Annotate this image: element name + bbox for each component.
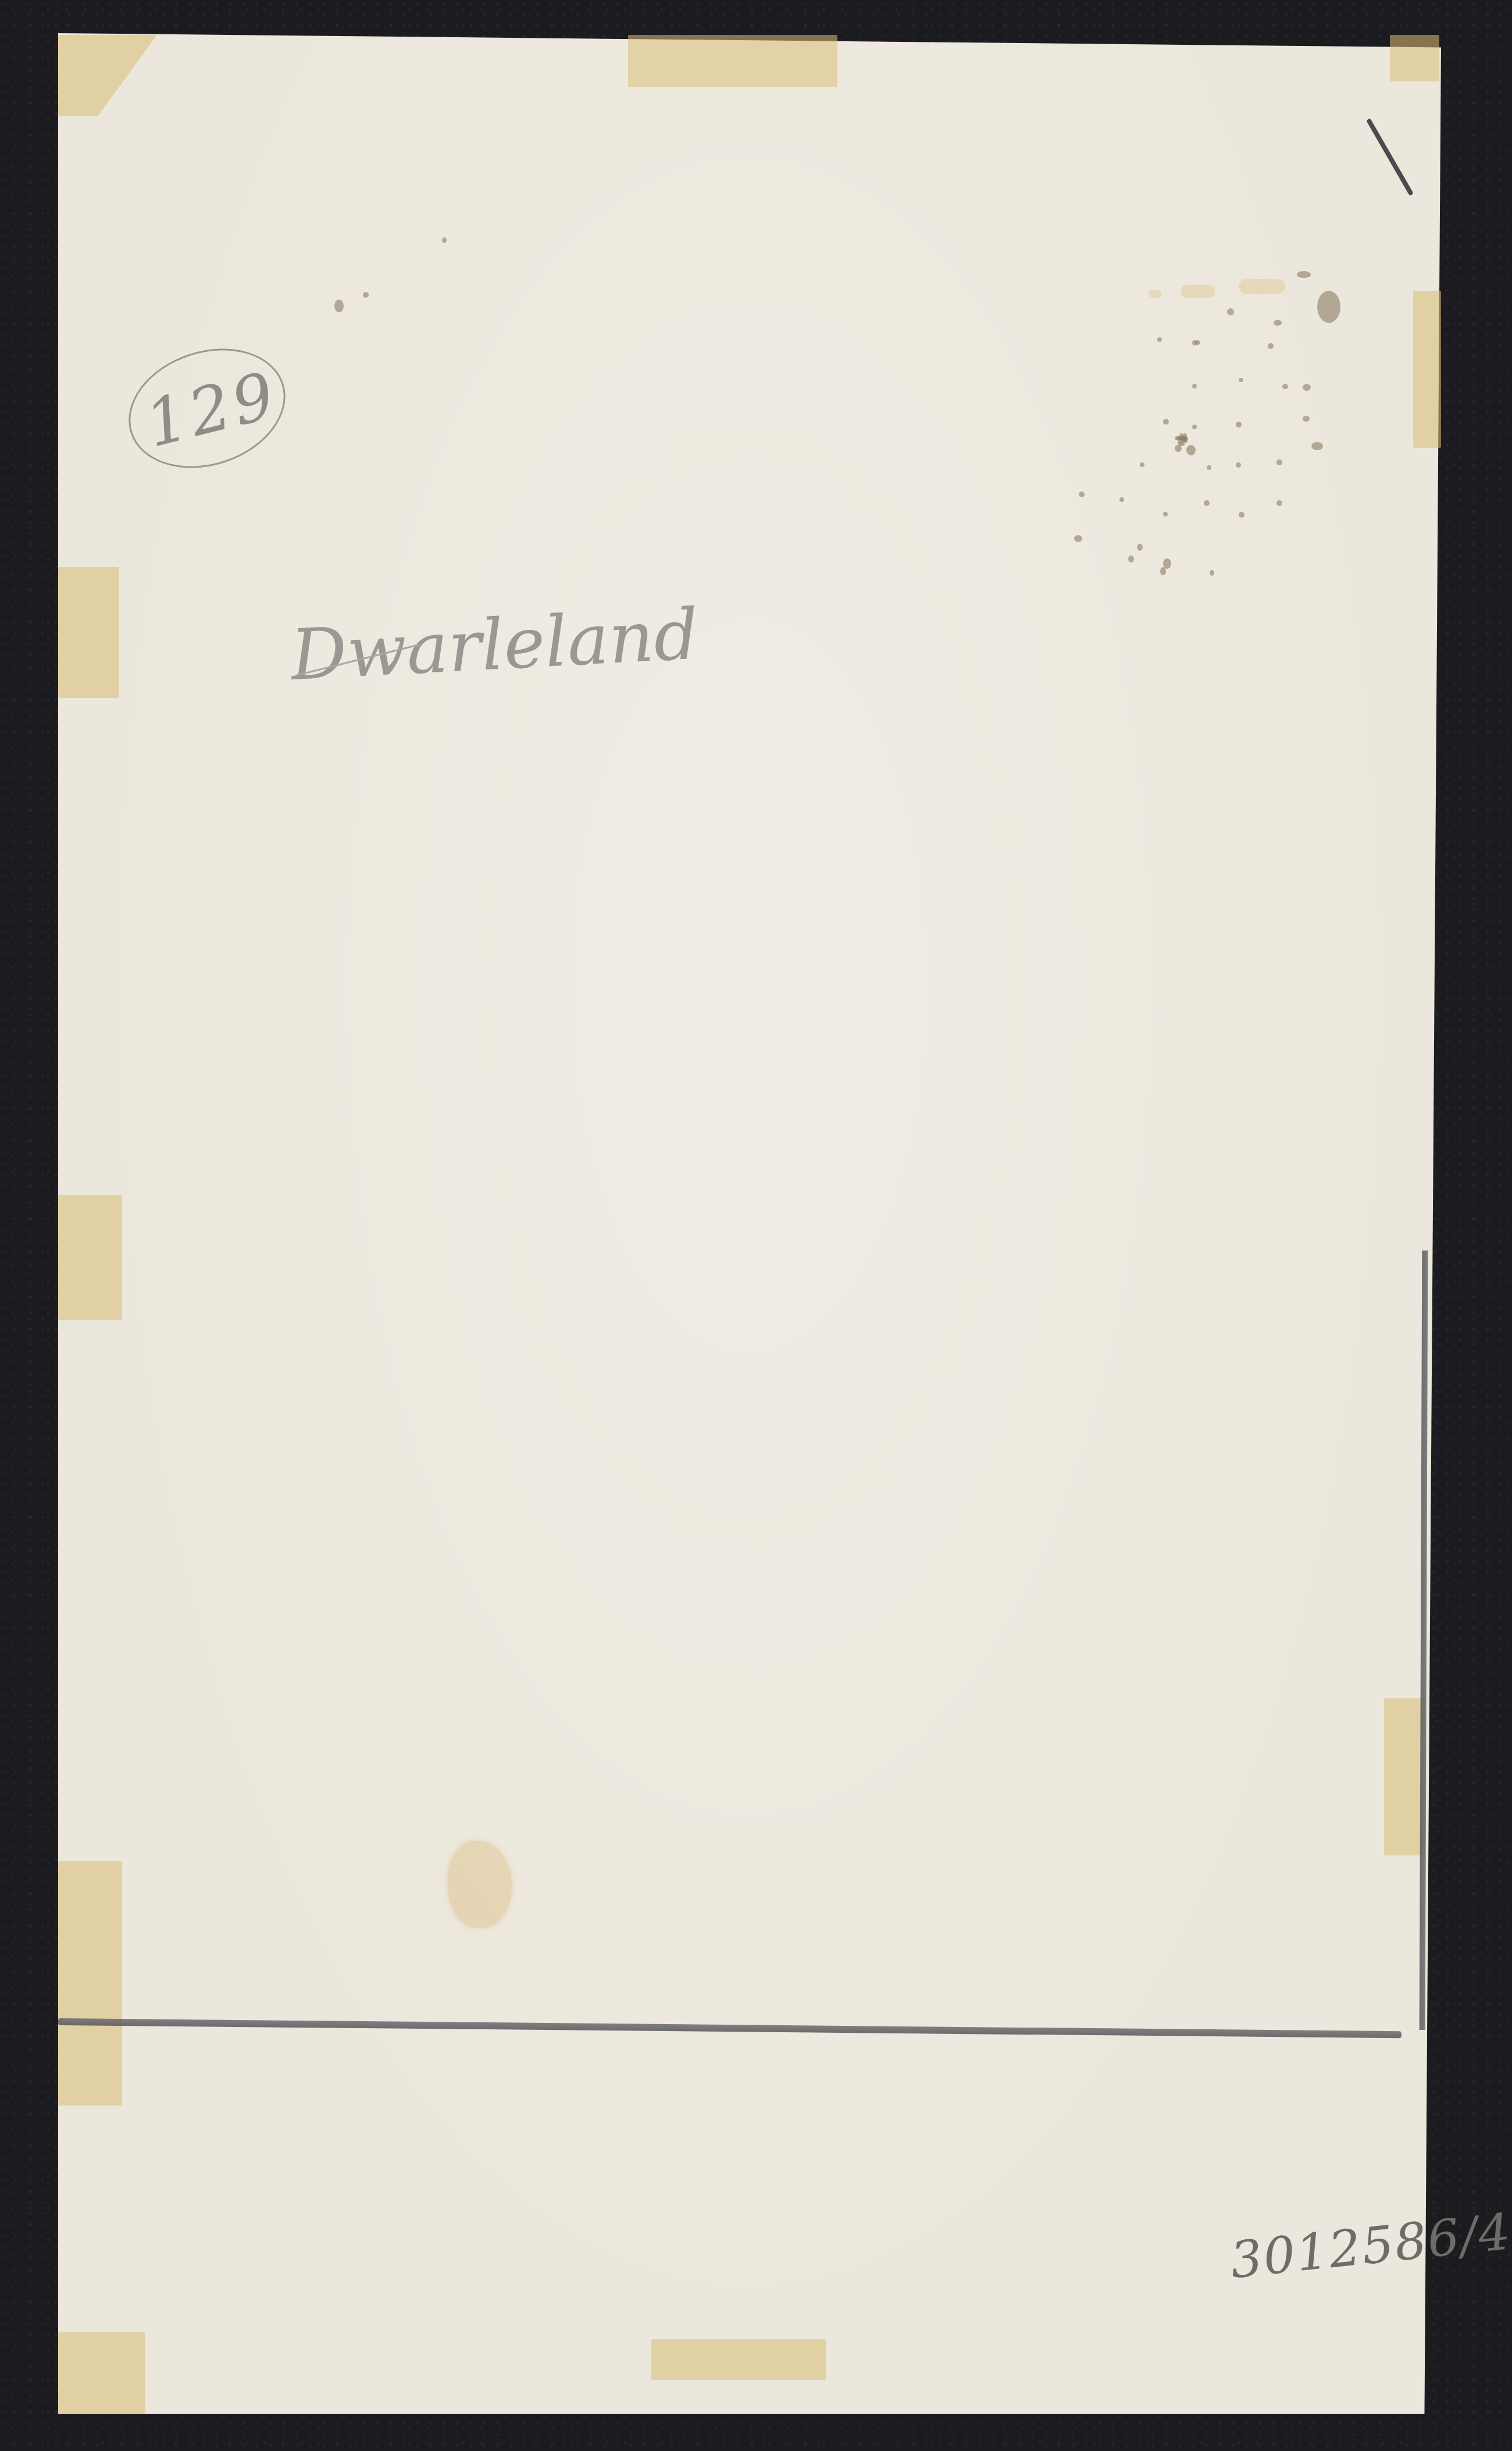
tape-bottom-left	[58, 2332, 145, 2414]
tape-left-middle	[58, 1195, 122, 1320]
tape-right-upper	[1413, 291, 1441, 448]
tape-left-lower	[58, 1861, 122, 2106]
tape-top-right	[1390, 35, 1439, 81]
tape-top-center	[628, 35, 837, 87]
tape-right-lower	[1384, 1698, 1425, 1855]
tape-bottom-center	[651, 2339, 826, 2380]
tape-left-upper	[58, 567, 119, 698]
